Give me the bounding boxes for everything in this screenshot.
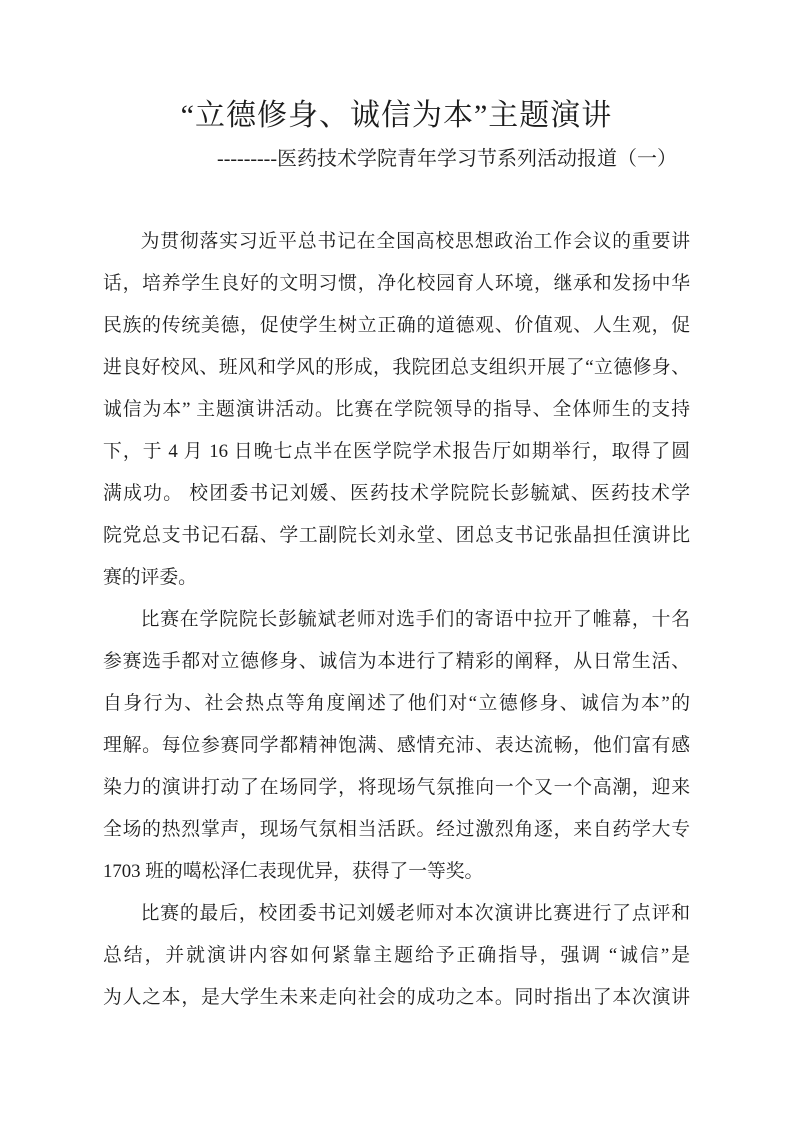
text-line: 下，于 4 月 16 日晚七点半在医学院学术报告厅如期举行，取得了圆	[103, 431, 690, 473]
text-line: 全场的热烈掌声，现场气氛相当活跃。经过激烈角逐，来自药学大专	[103, 809, 690, 851]
paragraph-3: 比赛的最后，校团委书记刘媛老师对本次演讲比赛进行了点评和 总结，并就演讲内容如何…	[103, 893, 690, 1019]
document-subtitle: ---------医药技术学院青年学习节系列活动报道（一）	[103, 146, 690, 172]
text-line: 院党总支书记石磊、学工副院长刘永堂、团总支书记张晶担任演讲比	[103, 515, 690, 557]
text-line: 赛的评委。	[103, 557, 690, 599]
text-line: 参赛选手都对立德修身、诚信为本进行了精彩的阐释，从日常生活、	[103, 641, 690, 683]
text-line: 比赛的最后，校团委书记刘媛老师对本次演讲比赛进行了点评和	[103, 893, 690, 935]
text-line: 为贯彻落实习近平总书记在全国高校思想政治工作会议的重要讲	[103, 221, 690, 263]
text-line: 理解。每位参赛同学都精神饱满、感情充沛、表达流畅，他们富有感	[103, 725, 690, 767]
text-line: 染力的演讲打动了在场同学，将现场气氛推向一个又一个高潮，迎来	[103, 767, 690, 809]
text-line: 比赛在学院院长彭毓斌老师对选手们的寄语中拉开了帷幕，十名	[103, 599, 690, 641]
text-line: 民族的传统美德，促使学生树立正确的道德观、价值观、人生观，促	[103, 305, 690, 347]
text-line: 1703 班的噶松泽仁表现优异，获得了一等奖。	[103, 851, 690, 893]
text-line: 话，培养学生良好的文明习惯，净化校园育人环境，继承和发扬中华	[103, 263, 690, 305]
document-title: “立德修身、诚信为本”主题演讲	[103, 98, 690, 134]
paragraph-2: 比赛在学院院长彭毓斌老师对选手们的寄语中拉开了帷幕，十名 参赛选手都对立德修身、…	[103, 599, 690, 893]
paragraph-1: 为贯彻落实习近平总书记在全国高校思想政治工作会议的重要讲 话，培养学生良好的文明…	[103, 221, 690, 599]
document-body: 为贯彻落实习近平总书记在全国高校思想政治工作会议的重要讲 话，培养学生良好的文明…	[103, 221, 690, 1019]
document-page: “立德修身、诚信为本”主题演讲 ---------医药技术学院青年学习节系列活动…	[0, 0, 793, 1122]
text-line: 诚信为本” 主题演讲活动。比赛在学院领导的指导、全体师生的支持	[103, 389, 690, 431]
text-line: 满成功。 校团委书记刘媛、医药技术学院院长彭毓斌、医药技术学	[103, 473, 690, 515]
text-line: 自身行为、社会热点等角度阐述了他们对“立德修身、诚信为本”的	[103, 683, 690, 725]
text-line: 为人之本，是大学生未来走向社会的成功之本。同时指出了本次演讲	[103, 977, 690, 1019]
text-line: 总结，并就演讲内容如何紧靠主题给予正确指导，强调 “诚信”是	[103, 935, 690, 977]
text-line: 进良好校风、班风和学风的形成，我院团总支组织开展了“立德修身、	[103, 347, 690, 389]
